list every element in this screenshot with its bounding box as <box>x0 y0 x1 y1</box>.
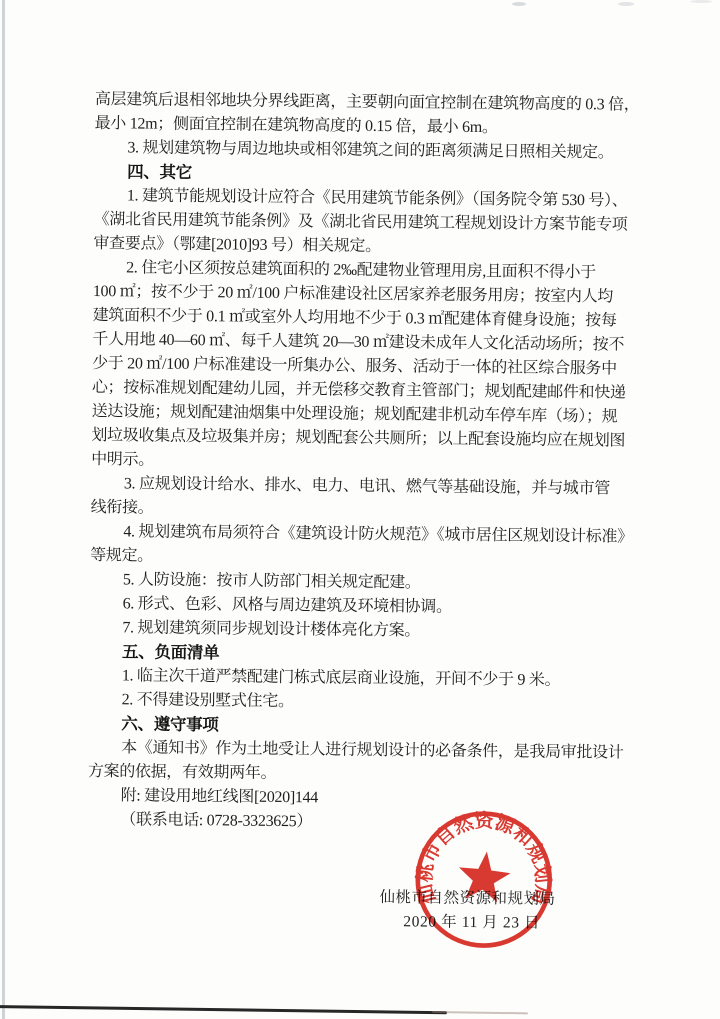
star-icon <box>456 849 513 904</box>
scan-smudge <box>690 0 712 3</box>
official-seal: 仙桃市自然资源和规划局 <box>401 807 567 957</box>
document-body: 高层建筑后退相邻地块分界线距离，主要朝向面宜控制在建筑物高度的 0.3 倍，最小… <box>87 88 617 837</box>
scanned-sheet: 高层建筑后退相邻地块分界线距离，主要朝向面宜控制在建筑物高度的 0.3 倍，最小… <box>0 0 720 1019</box>
document-page: 高层建筑后退相邻地块分界线距离，主要朝向面宜控制在建筑物高度的 0.3 倍，最小… <box>0 0 720 1019</box>
